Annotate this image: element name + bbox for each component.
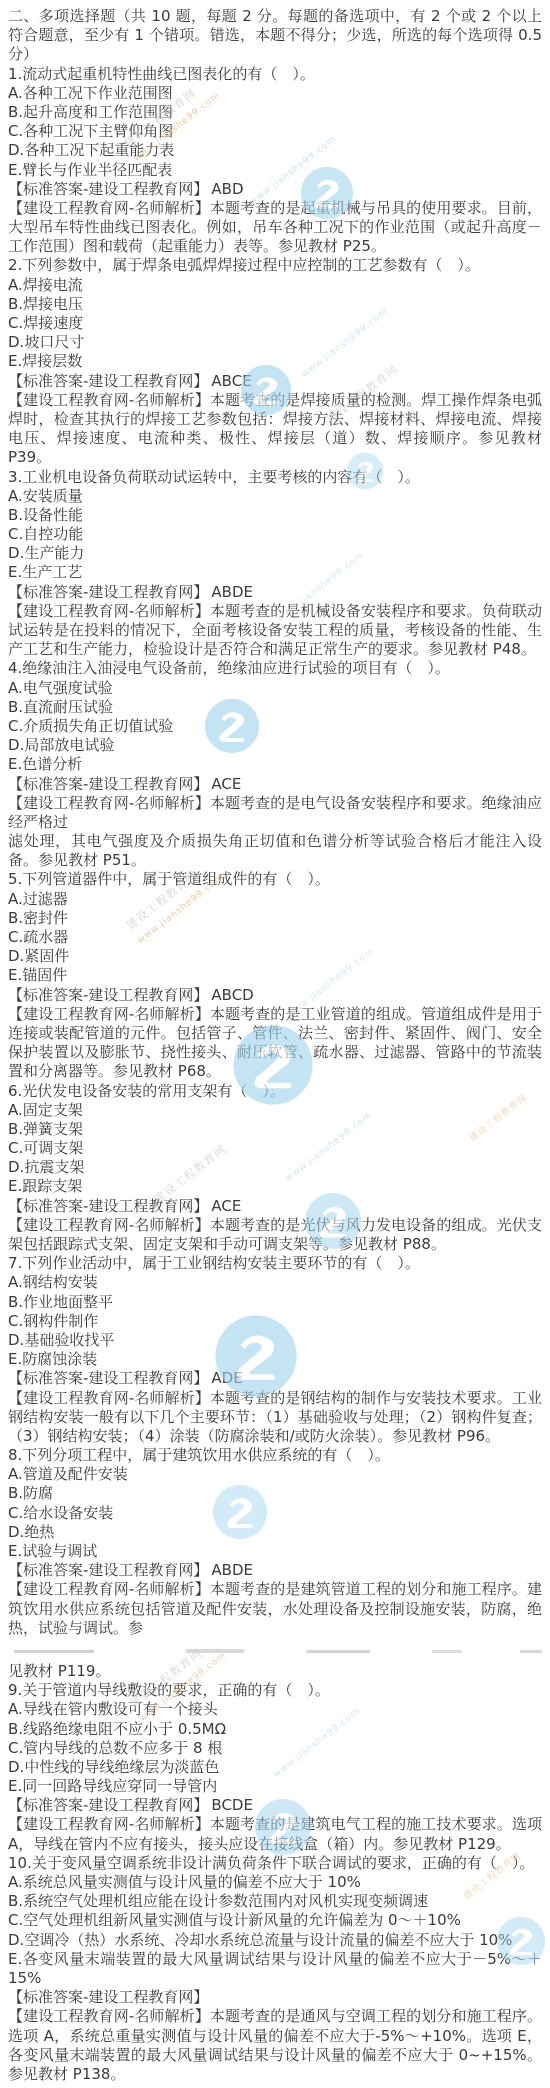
answer-line: 【标准答案-建设工程教育网】ADE	[8, 1369, 542, 1388]
question-option: A.电气强度试验	[8, 679, 542, 698]
question-option: C.给水设备安装	[8, 1504, 542, 1523]
question-option: B.防腐	[8, 1484, 542, 1503]
analysis-label: 【建设工程教育网-名师解析】	[8, 199, 210, 217]
question-block: 7.下列作业活动中，属于工业钢结构安装主要环节的有（ ）。 A.钢结构安装 B.…	[8, 1254, 542, 1446]
question-option: A.安装质量	[8, 487, 542, 506]
answer-label: 【标准答案-建设工程教育网】	[8, 1197, 208, 1215]
question-option: D.各种工况下起重能力表	[8, 141, 542, 160]
answer-line: 【标准答案-建设工程教育网】ABCD	[8, 986, 542, 1005]
question-option: A.焊接电流	[8, 276, 542, 295]
question-option: C.疏水器	[8, 928, 542, 947]
answer-line: 【标准答案-建设工程教育网】ACE	[8, 775, 542, 794]
question-option: D.基础验收找平	[8, 1331, 542, 1350]
document-page: 二、多项选择题（共 10 题，每题 2 分。每题的备选项中，有 2 个或 2 个…	[0, 0, 550, 2088]
question-block: 2.下列参数中，属于焊条电弧焊焊接过程中应控制的工艺参数有（ ）。 A.焊接电流…	[8, 256, 542, 467]
answer-label: 【标准答案-建设工程教育网】	[8, 775, 208, 793]
answer-label: 【标准答案-建设工程教育网】	[8, 583, 208, 601]
question-option: C.空气处理机组新风量实测值与设计新风量的允许偏差为 0～＋10%	[8, 1911, 542, 1930]
answer-value: ACE	[211, 775, 241, 793]
question-block: 10.关于变风量空调系统非设计满负荷条件下联合调试的要求，正确的有（ ）。 A.…	[8, 1854, 542, 2084]
question-stem: 10.关于变风量空调系统非设计满负荷条件下联合调试的要求，正确的有（ ）。	[8, 1854, 542, 1873]
question-option: B.焊接电压	[8, 295, 542, 314]
question-option: E.试验与调试	[8, 1542, 542, 1561]
answer-value: ABCE	[211, 372, 251, 390]
question-option: D.坡口尺寸	[8, 333, 542, 352]
analysis-line: 【建设工程教育网-名师解析】本题考查的是工业管道的组成。管道组成件是用于连接或装…	[8, 1005, 542, 1082]
question-stem: 2.下列参数中，属于焊条电弧焊焊接过程中应控制的工艺参数有（ ）。	[8, 256, 542, 275]
question-option: B.弹簧支架	[8, 1120, 542, 1139]
answer-value: ABDE	[211, 583, 253, 601]
analysis-line: 【建设工程教育网-名师解析】本题考查的是起重机械与吊具的使用要求。目前，大型吊车…	[8, 199, 542, 257]
answer-label: 【标准答案-建设工程教育网】	[8, 1796, 208, 1814]
answer-value: ACE	[211, 1197, 241, 1215]
answer-line: 【标准答案-建设工程教育网】BCDE	[8, 1796, 542, 1815]
analysis-label: 【建设工程教育网-名师解析】	[8, 1389, 210, 1407]
question-option: E.各变风量末端装置的最大风量调试结果与设计风量的偏差不应大于－5%～＋15%	[8, 1950, 542, 1988]
answer-value: ABDE	[211, 1561, 253, 1579]
analysis-line: 【建设工程教育网-名师解析】本题考查的是钢结构的制作与安装技术要求。工业钢结构安…	[8, 1389, 542, 1447]
question-block: 5.下列管道器件中，属于管道组成件的有（ ）。 A.过滤器 B.密封件 C.疏水…	[8, 870, 542, 1081]
analysis-label: 【建设工程教育网-名师解析】	[8, 794, 210, 812]
question-option: C.自控功能	[8, 525, 542, 544]
questions-list: 1.流动式起重机特性曲线已图表化的有（ ）。 A.各种工况下作业范围图 B.起升…	[8, 65, 542, 2085]
question-option: A.钢结构安装	[8, 1273, 542, 1292]
answer-value: BCDE	[211, 1796, 253, 1814]
analysis-line: 【建设工程教育网-名师解析】本题考查的是光伏与风力发电设备的组成。光伏支架包括跟…	[8, 1216, 542, 1254]
question-option: B.设备性能	[8, 506, 542, 525]
answer-label: 【标准答案-建设工程教育网】	[8, 1988, 208, 2006]
analysis-label: 【建设工程教育网-名师解析】	[8, 2007, 210, 2025]
answer-label: 【标准答案-建设工程教育网】	[8, 180, 208, 198]
question-stem: 3.工业机电设备负荷联动试运转中，主要考核的内容有（ ）。	[8, 468, 542, 487]
answer-line: 【标准答案-建设工程教育网】ABDE	[8, 1561, 542, 1580]
analysis-continuation: 见教材 P119。	[8, 1649, 542, 1681]
analysis-label: 【建设工程教育网-名师解析】	[8, 1005, 210, 1023]
answer-label: 【标准答案-建设工程教育网】	[8, 1561, 208, 1579]
analysis-label: 【建设工程教育网-名师解析】	[8, 391, 210, 409]
answer-value: ADE	[211, 1369, 242, 1387]
analysis-label: 【建设工程教育网-名师解析】	[8, 1580, 210, 1598]
question-option: A.导线在管内敷设可有一个接头	[8, 1700, 542, 1719]
question-option: B.直流耐压试验	[8, 698, 542, 717]
question-stem: 6.光伏发电设备安装的常用支架有（ ）。	[8, 1082, 542, 1101]
question-option: E.色谱分析	[8, 755, 542, 774]
question-option: D.中性线的导线绝缘层为淡蓝色	[8, 1758, 542, 1777]
question-option: C.各种工况下主臂仰角图	[8, 122, 542, 141]
question-option: E.焊接层数	[8, 352, 542, 371]
analysis-line: 【建设工程教育网-名师解析】本题考查的是焊接质量的检测。焊工操作焊条电弧焊时，检…	[8, 391, 542, 468]
question-stem: 4.绝缘油注入油浸电气设备前，绝缘油应进行试验的项目有（ ）。	[8, 659, 542, 678]
answer-label: 【标准答案-建设工程教育网】	[8, 986, 208, 1004]
question-option: E.锚固件	[8, 966, 542, 985]
question-option: C.钢构件制作	[8, 1312, 542, 1331]
analysis-line: 【建设工程教育网-名师解析】本题考查的是电气设备安装程序和要求。绝缘油应经严格过	[8, 794, 542, 832]
analysis-label: 【建设工程教育网-名师解析】	[8, 602, 210, 620]
analysis-label: 【建设工程教育网-名师解析】	[8, 1216, 210, 1234]
question-option: B.系统空气处理机组应能在设计参数范围内对风机实现变频调速	[8, 1892, 542, 1911]
answer-line: 【标准答案-建设工程教育网】	[8, 1988, 542, 2007]
analysis-line: 【建设工程教育网-名师解析】本题考查的是建筑电气工程的施工技术要求。选项 A，导…	[8, 1815, 542, 1853]
question-block: 4.绝缘油注入油浸电气设备前，绝缘油应进行试验的项目有（ ）。 A.电气强度试验…	[8, 659, 542, 870]
analysis-continuation: 滤处理，其电气强度及介质损失角正切值和色谱分析等试验合格后才能注入设备。参见教材…	[8, 832, 542, 870]
answer-line: 【标准答案-建设工程教育网】ACE	[8, 1197, 542, 1216]
answer-label: 【标准答案-建设工程教育网】	[8, 1369, 208, 1387]
answer-line: 【标准答案-建设工程教育网】ABDE	[8, 583, 542, 602]
question-option: D.空调冷（热）水系统、冷却水系统总流量与设计流量的偏差不应大于 10%	[8, 1931, 542, 1950]
answer-line: 【标准答案-建设工程教育网】ABD	[8, 180, 542, 199]
question-option: D.绝热	[8, 1523, 542, 1542]
answer-value: ABCD	[211, 986, 253, 1004]
question-option: C.管内导线的总数不应多于 8 根	[8, 1739, 542, 1758]
question-option: C.焊接速度	[8, 314, 542, 333]
question-option: E.生产工艺	[8, 563, 542, 582]
question-option: A.过滤器	[8, 890, 542, 909]
question-option: B.作业地面整平	[8, 1293, 542, 1312]
question-option: A.管道及配件安装	[8, 1465, 542, 1484]
question-option: E.臂长与作业半径匹配表	[8, 161, 542, 180]
question-stem: 8.下列分项工程中，属于建筑饮用水供应系统的有（ ）。	[8, 1446, 542, 1465]
question-stem: 5.下列管道器件中，属于管道组成件的有（ ）。	[8, 870, 542, 889]
question-block: 8.下列分项工程中，属于建筑饮用水供应系统的有（ ）。 A.管道及配件安装 B.…	[8, 1446, 542, 1681]
question-block: 3.工业机电设备负荷联动试运转中，主要考核的内容有（ ）。 A.安装质量 B.设…	[8, 468, 542, 660]
analysis-label: 【建设工程教育网-名师解析】	[8, 1815, 210, 1833]
question-option: B.线路绝缘电阻不应小于 0.5MΩ	[8, 1720, 542, 1739]
question-block: 9.关于管道内导线敷设的要求，正确的有（ ）。 A.导线在管内敷设可有一个接头 …	[8, 1681, 542, 1854]
question-stem: 1.流动式起重机特性曲线已图表化的有（ ）。	[8, 65, 542, 84]
question-stem: 7.下列作业活动中，属于工业钢结构安装主要环节的有（ ）。	[8, 1254, 542, 1273]
question-option: A.固定支架	[8, 1101, 542, 1120]
question-option: B.起升高度和工作范围图	[8, 103, 542, 122]
analysis-line: 【建设工程教育网-名师解析】本题考查的是建筑管道工程的划分和施工程序。建筑饮用水…	[8, 1580, 542, 1638]
question-option: C.介质损失角正切值试验	[8, 717, 542, 736]
answer-line: 【标准答案-建设工程教育网】ABCE	[8, 372, 542, 391]
answer-value: ABD	[211, 180, 243, 198]
question-option: D.生产能力	[8, 544, 542, 563]
question-option: D.紧固件	[8, 947, 542, 966]
question-option: A.各种工况下作业范围图	[8, 84, 542, 103]
question-option: E.防腐蚀涂装	[8, 1350, 542, 1369]
question-option: D.抗震支架	[8, 1158, 542, 1177]
answer-label: 【标准答案-建设工程教育网】	[8, 372, 208, 390]
question-stem: 9.关于管道内导线敷设的要求，正确的有（ ）。	[8, 1681, 542, 1700]
question-option: D.局部放电试验	[8, 736, 542, 755]
question-option: E.同一回路导线应穿同一导管内	[8, 1777, 542, 1796]
question-option: B.密封件	[8, 909, 542, 928]
analysis-line: 【建设工程教育网-名师解析】本题考查的是机械设备安装程序和要求。负荷联动试运转是…	[8, 602, 542, 660]
question-option: E.跟踪支架	[8, 1177, 542, 1196]
section-header: 二、多项选择题（共 10 题，每题 2 分。每题的备选项中，有 2 个或 2 个…	[8, 7, 542, 65]
question-block: 6.光伏发电设备安装的常用支架有（ ）。 A.固定支架 B.弹簧支架 C.可调支…	[8, 1082, 542, 1255]
analysis-line: 【建设工程教育网-名师解析】本题考查的是通风与空调工程的划分和施工程序。选项 A…	[8, 2007, 542, 2084]
question-block: 1.流动式起重机特性曲线已图表化的有（ ）。 A.各种工况下作业范围图 B.起升…	[8, 65, 542, 257]
question-option: A.系统总风量实测值与设计风量的偏差不应大于 10%	[8, 1873, 542, 1892]
question-option: C.可调支架	[8, 1139, 542, 1158]
